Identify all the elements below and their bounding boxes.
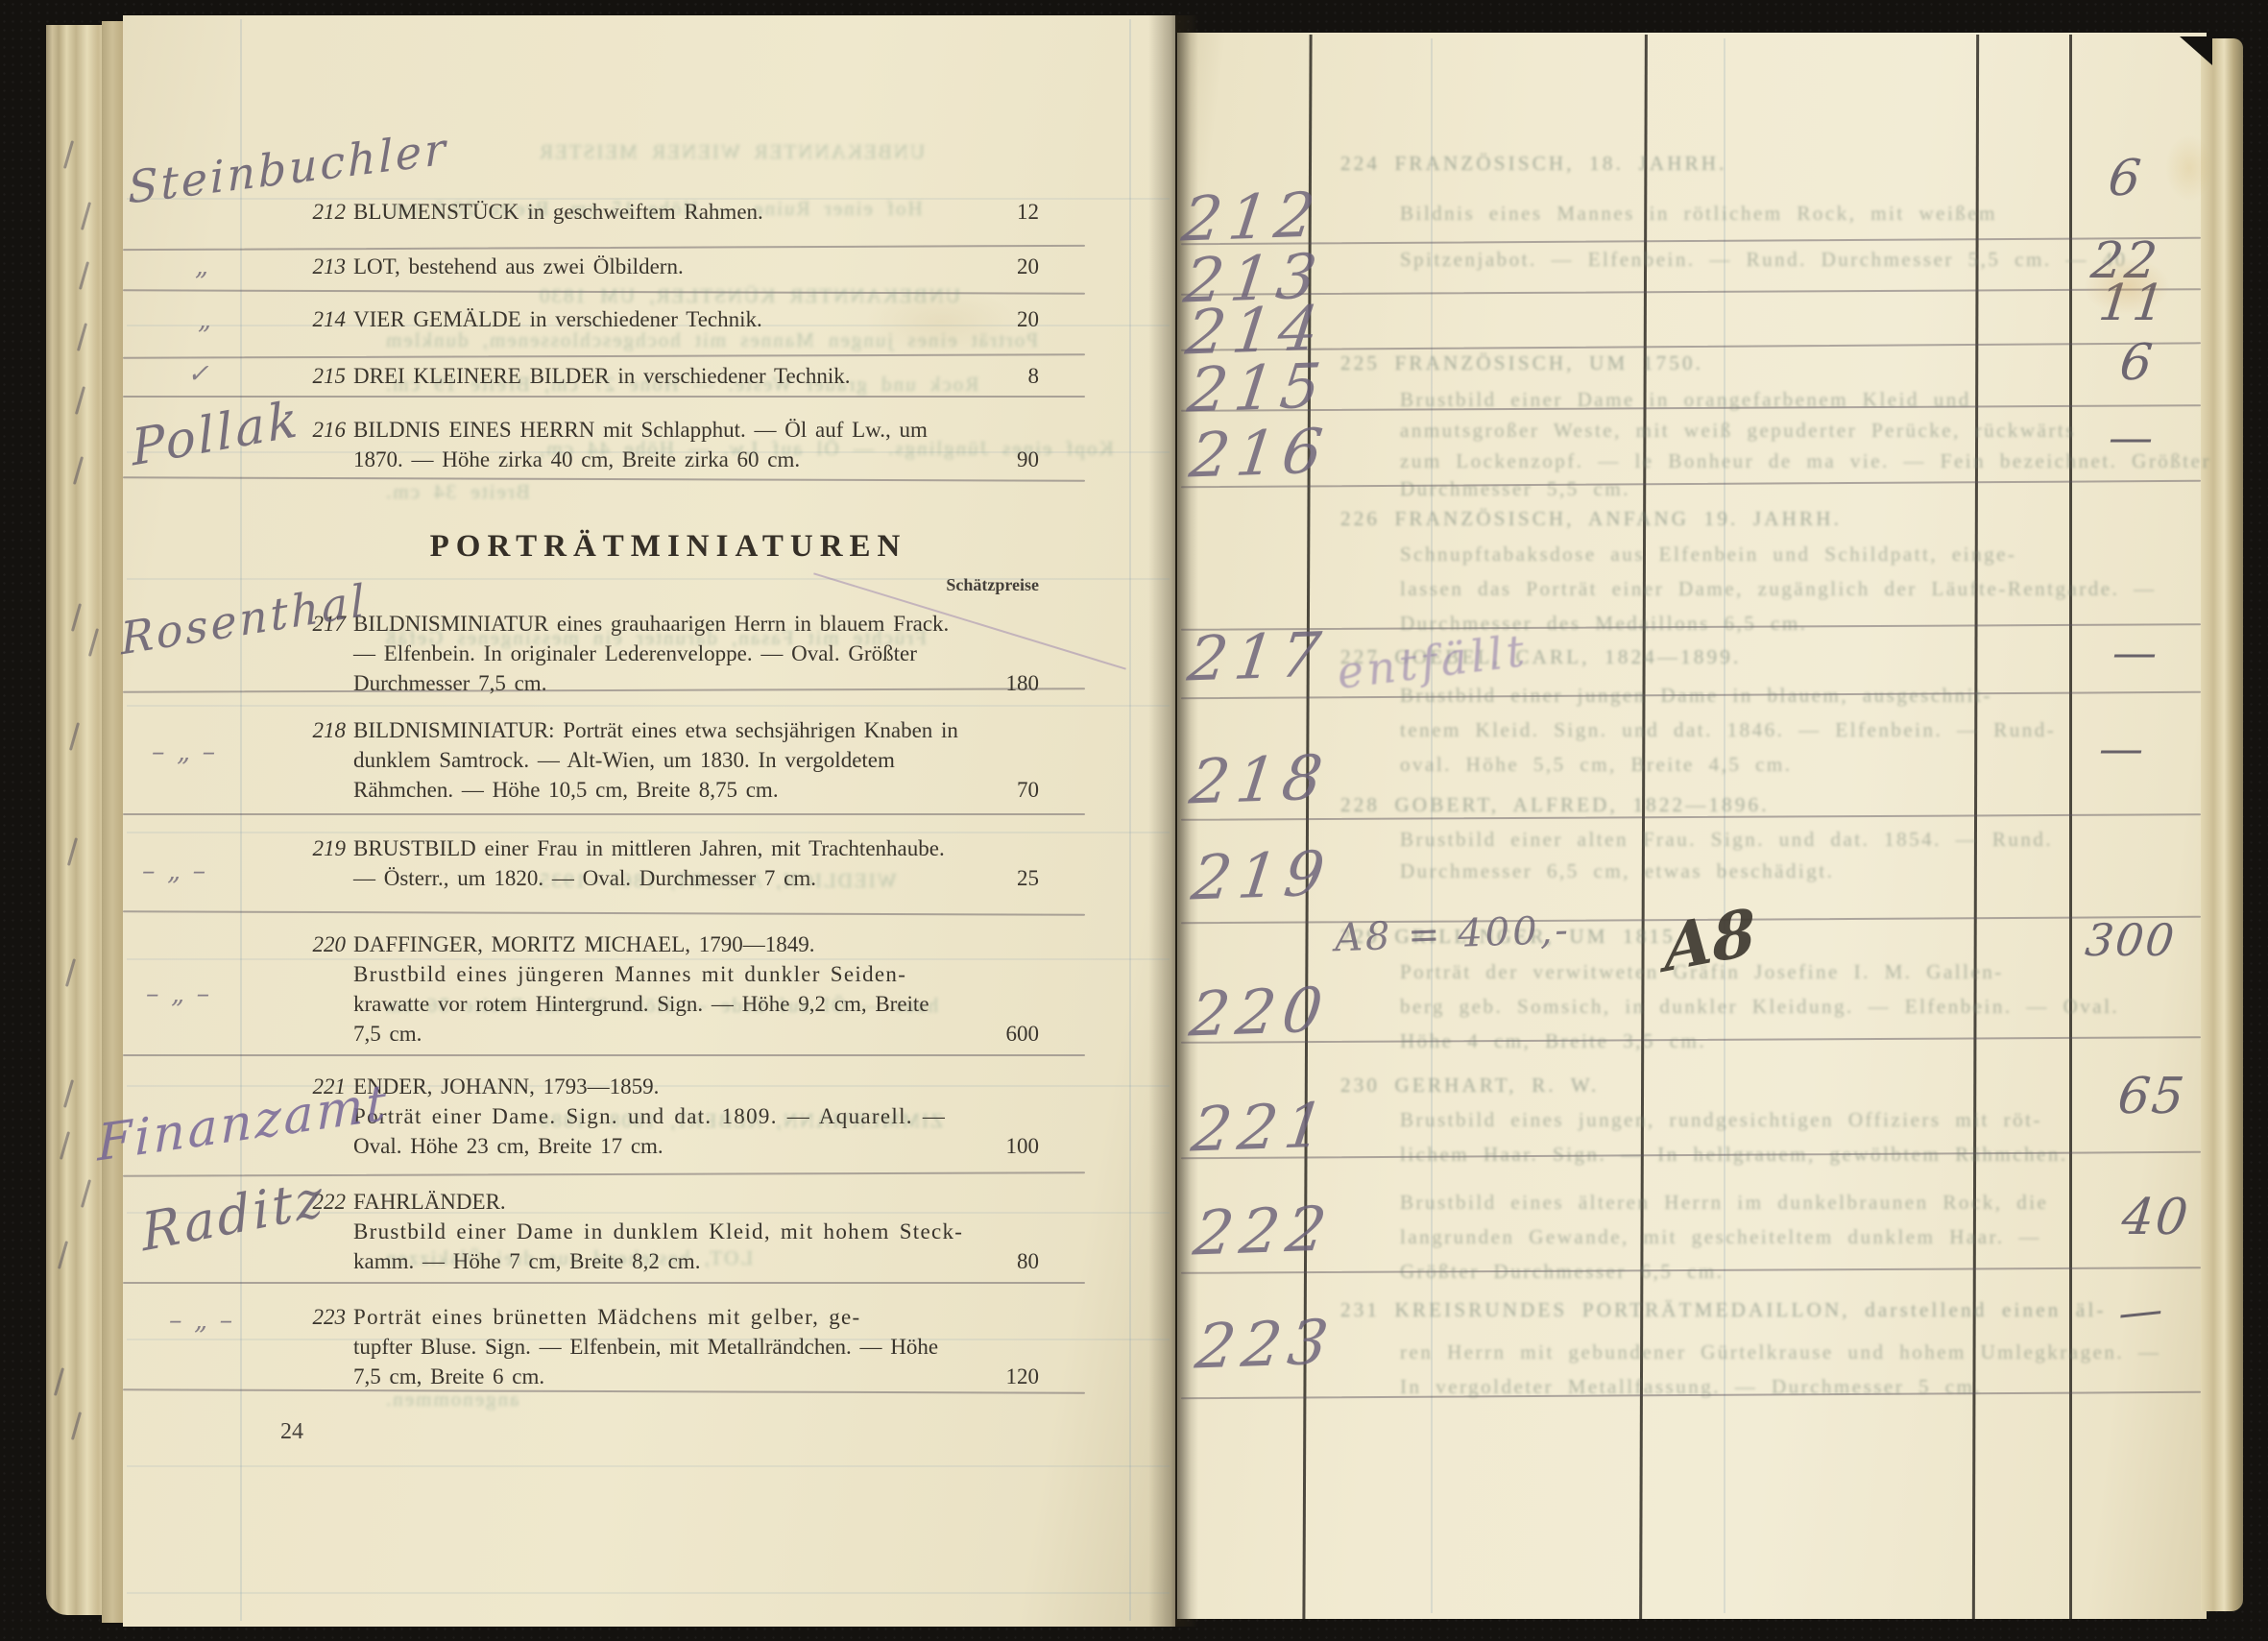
catalog-entry-221: 221 ENDER, JOHANN, 1793—1859. Porträt ei… <box>298 1072 1039 1161</box>
catalog-entry-216: 216 BILDNIS EINES HERRN mit Schlapphut. … <box>298 415 1039 474</box>
ledger-result-value: 300 <box>2083 914 2178 966</box>
section-heading: PORTRÄTMINIATUREN <box>298 532 1039 562</box>
ghost-text-line: Brustbild einer alten Frau. Sign. und da… <box>1400 828 2053 852</box>
entry-line: Oval. Höhe 23 cm, Breite 17 cm. <box>353 1131 1039 1161</box>
entry-line: 7,5 cm, Breite 6 cm. <box>353 1362 1039 1391</box>
ledger-result-value: 65 <box>2115 1068 2188 1125</box>
entry-line: 7,5 cm. <box>353 1019 1039 1049</box>
ledger-item-number: 223 <box>1192 1308 1339 1384</box>
ledger-item-number: 222 <box>1190 1195 1337 1270</box>
ghost-text-line: Brustbild eines jungen, rundgesichtigen … <box>1400 1108 2042 1132</box>
catalog-entry-215: 215 DREI KLEINERE BILDER in verschiedene… <box>298 361 1039 391</box>
ledger-item-number: 216 <box>1186 417 1333 493</box>
estimate-price: 80 <box>1017 1246 1039 1276</box>
catalog-entry-218: 218 BILDNISMINIATUR: Porträt eines etwa … <box>298 715 1039 805</box>
estimate-column-label: Schätzpreise <box>298 575 1039 595</box>
ledger-line <box>127 1592 1170 1594</box>
entry-line: kamm. — Höhe 7 cm, Breite 8,2 cm. <box>353 1246 1039 1276</box>
entry-line: FAHRLÄNDER. <box>353 1187 1039 1217</box>
estimate-price: 90 <box>1017 445 1039 474</box>
estimate-price: 180 <box>1006 668 1040 698</box>
lot-number: 213 <box>298 252 346 281</box>
ghost-text-line: Schnupftabaksdose aus Elfenbein und Schi… <box>1400 543 2016 567</box>
entry-line: Brustbild eines jüngeren Mannes mit dunk… <box>353 959 1039 989</box>
ledger-line <box>127 705 1170 707</box>
ghost-text-line: 231 KREISRUNDES PORTRÄTMEDAILLON, darste… <box>1340 1298 2107 1322</box>
lot-number: 219 <box>298 833 346 863</box>
estimate-price: 600 <box>1006 1019 1040 1049</box>
ghost-text-line: Höhe 4 cm, Breite 3,5 cm. <box>1400 1029 1706 1053</box>
ghost-text-line: 230 GERHART, R. W. <box>1340 1074 1599 1098</box>
estimate-price: 100 <box>1006 1131 1040 1161</box>
ghost-text-line: lassen das Porträt einer Dame, zugänglic… <box>1400 577 2157 601</box>
entry-line: — Elfenbein. In originaler Lederenvelopp… <box>353 639 1039 668</box>
estimate-price: 120 <box>1006 1362 1040 1391</box>
paper-stain <box>2165 134 2213 202</box>
ledger-vertical-line <box>240 19 242 1621</box>
ledger-result-dash: — <box>2112 626 2157 678</box>
ghost-text-line: Brustbild einer jungen Dame in blauem, a… <box>1400 684 1992 708</box>
ghost-text-line: Bildnis eines Mannes in rötlichem Rock, … <box>1400 202 1997 226</box>
ditto-mark: – „ – <box>142 857 207 886</box>
catalog-entry-223: 223 Porträt eines brünetten Mädchens mit… <box>298 1302 1039 1391</box>
ghost-text-line: Brustbild eines älteren Herrn im dunkelb… <box>1400 1191 2048 1215</box>
ghost-text-line: ren Herrn mit gebundener Gürtelkrause un… <box>1400 1340 2160 1364</box>
ledger-note-a8-400: A8 = 400,- <box>1334 908 1571 961</box>
catalog-entry-220: 220 DAFFINGER, MORITZ MICHAEL, 1790—1849… <box>298 929 1039 1049</box>
catalog-entry-222: 222 FAHRLÄNDER. Brustbild einer Dame in … <box>298 1187 1039 1276</box>
catalog-entry-219: 219 BRUSTBILD einer Frau in mittleren Ja… <box>298 833 1039 893</box>
ghost-text-line: Breite 34 cm. <box>384 480 530 504</box>
ledger-item-number: 220 <box>1186 976 1333 1051</box>
ledger-item-number: 218 <box>1186 743 1333 819</box>
lot-number: 223 <box>298 1302 346 1332</box>
paper-stain <box>864 288 1018 355</box>
lot-number: 220 <box>298 929 346 959</box>
ditto-mark: – „ – <box>146 979 211 1009</box>
lot-number: 214 <box>298 304 346 334</box>
entry-line: Rähmchen. — Höhe 10,5 cm, Breite 8,75 cm… <box>353 775 1039 805</box>
ghost-text-line: Spitzenjabot. — Elfenbein. — Rund. Durch… <box>1400 248 2128 272</box>
ghost-text-line: UNBEKANNTER WIENER MEISTER <box>538 140 925 164</box>
catalog-entry-213: 213 LOT, bestehend aus zwei Ölbildern. 2… <box>298 252 1039 281</box>
check-mark: ✓ <box>187 359 211 389</box>
entry-line: Porträt eines brünetten Mädchens mit gel… <box>353 1302 1039 1332</box>
ghost-text-line: In vergoldeter Metallfassung. — Durchmes… <box>1400 1375 1982 1399</box>
ghost-text-line: 224 FRANZÖSISCH, 18. JAHRH. <box>1340 152 1727 176</box>
ghost-text-line: Größter Durchmesser 6,5 cm. <box>1400 1260 1725 1284</box>
entry-line: BILDNISMINIATUR eines grauhaarigen Herrn… <box>353 609 1039 639</box>
entry-line: BILDNISMINIATUR: Porträt eines etwa sech… <box>353 715 1039 745</box>
ditto-mark: „ <box>198 305 213 335</box>
ghost-text-line: langrunden Gewande, mit gescheiteltem du… <box>1400 1225 2041 1249</box>
ledger-item-number: 219 <box>1188 839 1335 915</box>
estimate-price: 20 <box>1017 304 1039 334</box>
ditto-mark: – „ – <box>169 1306 234 1336</box>
estimate-price: 12 <box>1017 197 1039 227</box>
ghost-text-line: anmutsgroßer Weste, mit weiß gepuderter … <box>1400 419 2076 443</box>
ledger-result-dash: — <box>2099 722 2143 774</box>
entry-line: dunklem Samtrock. — Alt-Wien, um 1830. I… <box>353 745 1039 775</box>
ledger-column-line <box>2069 35 2072 1619</box>
entry-line: BILDNIS EINES HERRN mit Schlapphut. — Öl… <box>353 415 1039 445</box>
entry-line: LOT, bestehend aus zwei Ölbildern. <box>353 252 1039 281</box>
catalog-entry-212: 212 BLUMENSTÜCK in geschweiftem Rahmen. … <box>298 197 1039 227</box>
ghost-text-line: Durchmesser 6,5 cm, etwas beschädigt. <box>1400 859 1834 883</box>
ledger-item-number: 217 <box>1184 620 1331 696</box>
entry-line: Brustbild einer Dame in dunklem Kleid, m… <box>353 1217 1039 1246</box>
ledger-result-value: 6 <box>2106 150 2145 207</box>
ghost-text-line: 228 GOBERT, ALFRED, 1822—1896. <box>1340 793 1770 817</box>
ghost-text-line: berg geb. Somsich, in dunkler Kleidung. … <box>1400 995 2119 1019</box>
ledger-result-dash: — <box>2109 411 2153 463</box>
entry-line: ENDER, JOHANN, 1793—1859. <box>353 1072 1039 1101</box>
ledger-line <box>127 1465 1170 1467</box>
entry-line: Durchmesser 7,5 cm. <box>353 668 1039 698</box>
page-number: 24 <box>280 1417 303 1447</box>
page-edge-band <box>102 21 125 1623</box>
entry-line: tupfter Bluse. Sign. — Elfenbein, mit Me… <box>353 1332 1039 1362</box>
entry-line: krawatte vor rotem Hintergrund. Sign. — … <box>353 989 1039 1019</box>
entry-line: — Österr., um 1820. — Oval. Durchmesser … <box>353 863 1039 893</box>
entry-line: BLUMENSTÜCK in geschweiftem Rahmen. <box>353 197 1039 227</box>
separator-line <box>123 1282 1085 1284</box>
entry-line: Porträt einer Dame. Sign. und dat. 1809.… <box>353 1101 1039 1131</box>
estimate-price: 25 <box>1017 863 1039 893</box>
ditto-mark: – „ – <box>152 737 217 767</box>
estimate-price: 70 <box>1017 775 1039 805</box>
lot-number: 216 <box>298 415 346 445</box>
ghost-text-line: 226 FRANZÖSISCH, ANFANG 19. JAHRH. <box>1340 507 1842 531</box>
ledger-result-dash: — <box>2115 1283 2164 1339</box>
entry-line: DAFFINGER, MORITZ MICHAEL, 1790—1849. <box>353 929 1039 959</box>
lot-number: 212 <box>298 197 346 227</box>
dog-ear-corner <box>2180 36 2212 65</box>
ghost-text-line: zum Lockenzopf. — le Bonheur de ma vie. … <box>1400 449 2211 473</box>
estimate-price: 8 <box>1028 361 1040 391</box>
lot-number: 218 <box>298 715 346 745</box>
ghost-text-line: tenem Kleid. Sign. und dat. 1846. — Elfe… <box>1400 718 2056 742</box>
lot-number: 215 <box>298 361 346 391</box>
ghost-text-line: lichem Haar. Sign. — In hellgrauem, gewö… <box>1400 1143 2068 1167</box>
book-photo: UNBEKANNTER WIENER MEISTER Hof einer Rui… <box>0 0 2268 1641</box>
separator-line <box>123 813 1085 815</box>
ledger-vertical-line <box>1129 19 1131 1621</box>
ghost-text-line: 225 FRANZÖSISCH, UM 1750. <box>1340 351 1703 375</box>
ditto-mark: „ <box>195 252 210 281</box>
ghost-text-line: Brustbild einer Dame in orangefarbenem K… <box>1400 388 1971 412</box>
estimate-price: 20 <box>1017 252 1039 281</box>
ledger-item-number: 215 <box>1184 351 1331 427</box>
ghost-text-line: Durchmesser 5,5 cm. <box>1400 477 1630 501</box>
entry-line: 1870. — Höhe zirka 40 cm, Breite zirka 6… <box>353 445 1039 474</box>
ledger-result-value: 40 <box>2119 1189 2192 1246</box>
catalog-entry-217: 217 BILDNISMINIATUR eines grauhaarigen H… <box>298 609 1039 698</box>
entry-line: DREI KLEINERE BILDER in verschiedener Te… <box>353 361 1039 391</box>
entry-line: BRUSTBILD einer Frau in mittleren Jahren… <box>353 833 1039 863</box>
page-edges-right <box>2201 38 2243 1611</box>
paper-stain <box>2084 257 2170 315</box>
separator-line <box>123 1054 1085 1056</box>
ledger-result-value: 6 <box>2117 334 2157 392</box>
ledger-item-number: 221 <box>1188 1091 1335 1167</box>
ghost-text-line: oval. Höhe 5,5 cm, Breite 4,5 cm. <box>1400 753 1793 777</box>
